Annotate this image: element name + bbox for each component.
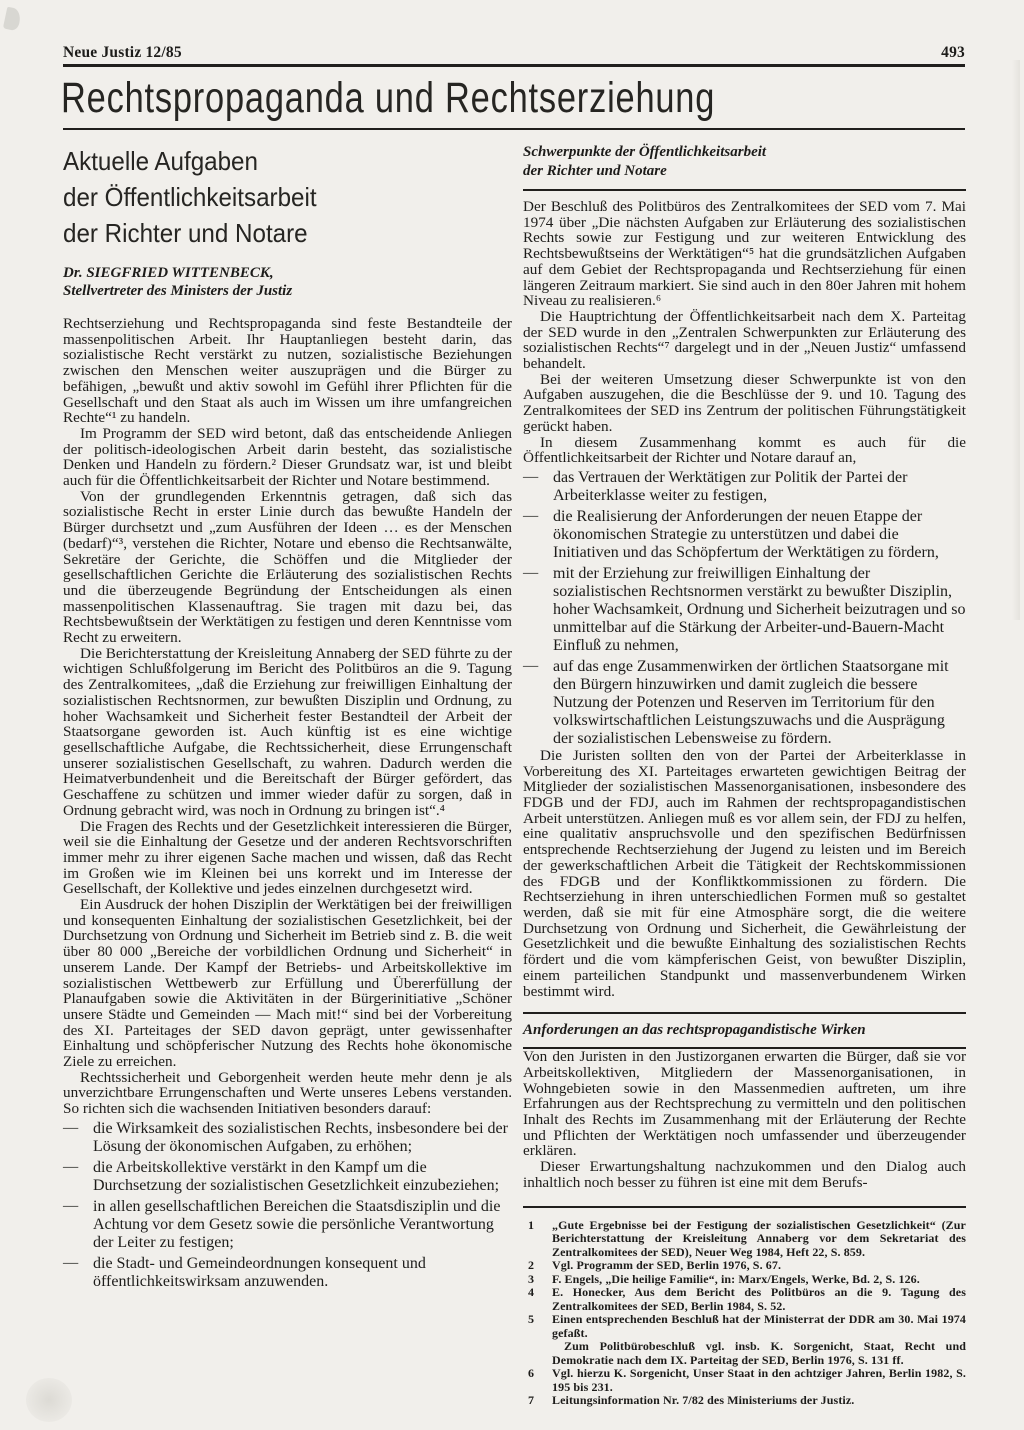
bullet-text: die Realisierung der Anforderungen der n… <box>553 508 966 562</box>
bullet-text: in allen gesellschaftlichen Bereichen di… <box>93 1198 512 1252</box>
footnote-number: 2 <box>523 1259 552 1273</box>
bullet-item: — mit der Erziehung zur freiwilligen Ein… <box>523 565 966 655</box>
footnote-text: E. Honecker, Aus dem Bericht des Politbü… <box>552 1286 966 1313</box>
section-rule <box>523 1012 966 1014</box>
page-number: 493 <box>941 44 965 62</box>
footnote-number: 3 <box>523 1273 552 1287</box>
paragraph: Rechtserziehung und Rechtspropaganda sin… <box>63 316 512 426</box>
footnote-text: F. Engels, „Die heilige Familie“, in: Ma… <box>552 1273 966 1287</box>
bullet-list: — die Wirksamkeit des sozialistischen Re… <box>63 1120 512 1291</box>
footnote-text: „Gute Ergebnisse bei der Festigung der s… <box>552 1219 966 1260</box>
footnote: 4 E. Honecker, Aus dem Bericht des Polit… <box>523 1286 966 1313</box>
dash-marker: — <box>523 469 553 505</box>
page-header: Neue Justiz 12/85 493 <box>63 44 965 62</box>
footnote: 6 Vgl. hierzu K. Sorgenicht, Unser Staat… <box>523 1367 966 1394</box>
footnote-separator <box>523 1206 966 1208</box>
paragraph: Der Beschluß des Politbüros des Zentralk… <box>523 199 966 309</box>
footnotes: 1 „Gute Ergebnisse bei der Festigung der… <box>523 1219 966 1408</box>
dash-marker: — <box>63 1120 93 1156</box>
paragraph: Dieser Erwartungshaltung nachzukommen un… <box>523 1159 966 1190</box>
footnote-continuation: Zum Politbürobeschluß vgl. insb. K. Sorg… <box>523 1340 966 1367</box>
bullet-item: — die Wirksamkeit des sozialistischen Re… <box>63 1120 512 1156</box>
title-rule <box>63 128 965 130</box>
section-rule <box>523 189 966 191</box>
journal-page: Neue Justiz 12/85 493 Rechtspropaganda u… <box>0 0 1024 1430</box>
footnote-text: Einen entsprechenden Beschluß hat der Mi… <box>552 1313 966 1340</box>
footnote: 7 Leitungsinformation Nr. 7/82 des Minis… <box>523 1394 966 1408</box>
footnote-text: Leitungsinformation Nr. 7/82 des Ministe… <box>552 1394 966 1408</box>
bullet-text: das Vertrauen der Werktätigen zur Politi… <box>553 469 966 505</box>
bullet-item: — in allen gesellschaftlichen Bereichen … <box>63 1198 512 1252</box>
footnote: 3 F. Engels, „Die heilige Familie“, in: … <box>523 1273 966 1287</box>
bullet-item: — die Arbeitskollektive verstärkt in den… <box>63 1159 512 1195</box>
bullet-item: — auf das enge Zusammenwirken der örtlic… <box>523 658 966 748</box>
footnote-number: 6 <box>523 1367 552 1394</box>
paragraph: Bei der weiteren Umsetzung dieser Schwer… <box>523 372 966 435</box>
paragraph: Rechtssicherheit und Geborgenheit werden… <box>63 1070 512 1117</box>
scan-smudge <box>3 7 22 32</box>
scan-smudge <box>26 1378 72 1422</box>
footnote-text: Zum Politbürobeschluß vgl. insb. K. Sorg… <box>552 1340 966 1367</box>
bullet-item: — die Stadt- und Gemeindeordnungen konse… <box>63 1255 512 1291</box>
dash-marker: — <box>523 658 553 748</box>
footnote-number: 5 <box>523 1313 552 1340</box>
article-title: Rechtspropaganda und Rechtserziehung <box>61 74 715 123</box>
footnote-number <box>523 1340 552 1367</box>
footnote-number: 1 <box>523 1219 552 1260</box>
paragraph: Die Juristen sollten den von der Partei … <box>523 748 966 999</box>
bullet-list: — das Vertrauen der Werktätigen zur Poli… <box>523 469 966 748</box>
paragraph: Von den Juristen in den Justizorganen er… <box>523 1049 966 1159</box>
dash-marker: — <box>523 508 553 562</box>
right-column: Schwerpunkte der Öffentlichkeitsarbeit d… <box>523 143 966 1408</box>
footnote: 1 „Gute Ergebnisse bei der Festigung der… <box>523 1219 966 1260</box>
paragraph: Von der grundlegenden Erkenntnis getrage… <box>63 489 512 646</box>
paragraph: Die Fragen des Rechts und der Gesetzlich… <box>63 819 512 898</box>
section-heading: Anforderungen an das rechtspropagandisti… <box>523 1021 966 1040</box>
dash-marker: — <box>63 1255 93 1291</box>
header-rule <box>63 64 965 67</box>
footnote: 5 Einen entsprechenden Beschluß hat der … <box>523 1313 966 1340</box>
footnote: 2 Vgl. Programm der SED, Berlin 1976, S.… <box>523 1259 966 1273</box>
bullet-item: — die Realisierung der Anforderungen der… <box>523 508 966 562</box>
paragraph: Ein Ausdruck der hohen Disziplin der Wer… <box>63 897 512 1070</box>
footnote-text: Vgl. hierzu K. Sorgenicht, Unser Staat i… <box>552 1367 966 1394</box>
author-name: Dr. SIEGFRIED WITTENBECK, <box>63 264 512 282</box>
paragraph: In diesem Zusammenhang kommt es auch für… <box>523 435 966 466</box>
paragraph: Im Programm der SED wird betont, daß das… <box>63 426 512 489</box>
left-column: Aktuelle Aufgaben der Öffentlichkeitsarb… <box>63 143 512 1291</box>
dash-marker: — <box>63 1159 93 1195</box>
bullet-text: die Stadt- und Gemeindeordnungen konsequ… <box>93 1255 512 1291</box>
bullet-item: — das Vertrauen der Werktätigen zur Poli… <box>523 469 966 505</box>
scan-smudge <box>1012 60 1020 620</box>
bullet-text: auf das enge Zusammenwirken der örtliche… <box>553 658 966 748</box>
bullet-text: mit der Erziehung zur freiwilligen Einha… <box>553 565 966 655</box>
paragraph: Die Hauptrichtung der Öffentlichkeitsarb… <box>523 309 966 372</box>
journal-name: Neue Justiz 12/85 <box>63 44 182 62</box>
paragraph: Die Berichterstattung der Kreisleitung A… <box>63 646 512 819</box>
footnote-number: 4 <box>523 1286 552 1313</box>
article-subtitle: Aktuelle Aufgaben der Öffentlichkeitsarb… <box>63 143 481 251</box>
dash-marker: — <box>523 565 553 655</box>
section-2-header: Anforderungen an das rechtspropagandisti… <box>523 1012 966 1049</box>
left-body: Rechtserziehung und Rechtspropaganda sin… <box>63 316 512 1291</box>
author-role: Stellvertreter des Ministers der Justiz <box>63 282 512 300</box>
dash-marker: — <box>63 1198 93 1252</box>
footnote-text: Vgl. Programm der SED, Berlin 1976, S. 6… <box>552 1259 966 1273</box>
bullet-text: die Arbeitskollektive verstärkt in den K… <box>93 1159 512 1195</box>
bullet-text: die Wirksamkeit des sozialistischen Rech… <box>93 1120 512 1156</box>
section-heading: Schwerpunkte der Öffentlichkeitsarbeit d… <box>523 143 966 181</box>
footnote-number: 7 <box>523 1394 552 1408</box>
